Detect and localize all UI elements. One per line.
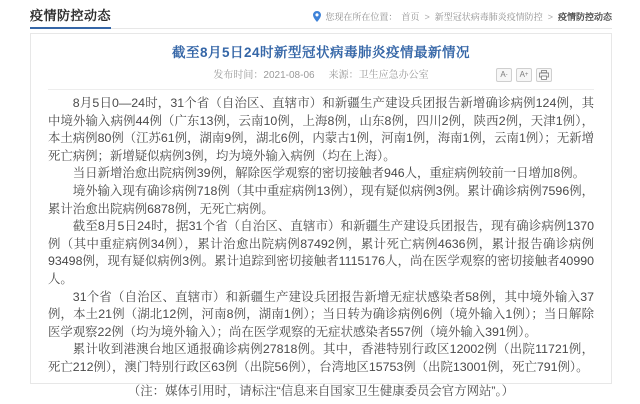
source-value: 卫生应急办公室: [359, 70, 429, 81]
article-paragraph: 截至8月5日24时，据31个省（自治区、直辖市）和新疆生产建设兵团报告，现有确诊…: [48, 218, 594, 288]
location-pin-icon: [313, 11, 321, 22]
article-meta-row: 发布时间：2021-08-06来源：卫生应急办公室 A- A+: [48, 68, 594, 86]
article-paragraph: 当日新增治愈出院病例39例，解除医学观察的密切接触者946人，重症病例较前一日增…: [48, 165, 594, 183]
publish-time-label: 发布时间：: [213, 70, 263, 81]
article-title: 截至8月5日24时新型冠状病毒肺炎疫情最新情况: [48, 43, 594, 63]
publish-date: 2021-08-06: [263, 70, 314, 81]
print-button[interactable]: [536, 68, 552, 82]
paragraph-list: 8月5日0—24时，31个省（自治区、直辖市）和新疆生产建设兵团报告新增确诊病例…: [48, 95, 594, 377]
source-label: 来源：: [329, 70, 359, 81]
article-paragraph: 8月5日0—24时，31个省（自治区、直辖市）和新疆生产建设兵团报告新增确诊病例…: [48, 95, 594, 165]
section-tab-epidemic-updates[interactable]: 疫情防控动态: [30, 5, 111, 29]
breadcrumb-covid-section-link[interactable]: 新型冠状病毒肺炎疫情防控: [435, 10, 543, 23]
article-header: 截至8月5日24时新型冠状病毒肺炎疫情最新情况 发布时间：2021-08-06来…: [31, 34, 611, 90]
font-decrease-button[interactable]: A-: [496, 68, 512, 82]
font-increase-button[interactable]: A+: [516, 68, 532, 82]
article-paragraph: 累计收到港澳台地区通报确诊病例27818例。其中，香港特别行政区12002例（出…: [48, 341, 594, 376]
printer-icon: [539, 70, 549, 80]
breadcrumb-home-link[interactable]: 首页: [401, 10, 419, 23]
breadcrumb: 您现在所在位置： 首页 > 新型冠状病毒肺炎疫情防控 > 疫情防控动态: [313, 10, 612, 28]
article-paragraph: 31个省（自治区、直辖市）和新疆生产建设兵团报告新增无症状感染者58例，其中境外…: [48, 289, 594, 342]
breadcrumb-prefix: 您现在所在位置：: [325, 10, 397, 23]
article-card: 截至8月5日24时新型冠状病毒肺炎疫情最新情况 发布时间：2021-08-06来…: [30, 33, 612, 384]
breadcrumb-separator: >: [424, 12, 429, 22]
citation-note: （注：媒体引用时，请标注“信息来自国家卫生健康委员会官方网站”。）: [48, 383, 594, 401]
topbar: 疫情防控动态 您现在所在位置： 首页 > 新型冠状病毒肺炎疫情防控 > 疫情防控…: [30, 0, 612, 29]
breadcrumb-current: 疫情防控动态: [558, 10, 612, 23]
article-body: 8月5日0—24时，31个省（自治区、直辖市）和新疆生产建设兵团报告新增确诊病例…: [31, 90, 611, 400]
breadcrumb-separator: >: [548, 12, 553, 22]
article-paragraph: 境外输入现有确诊病例718例（其中重症病例13例），现有疑似病例3例。累计确诊病…: [48, 183, 594, 218]
article-toolbar: A- A+: [496, 68, 552, 82]
